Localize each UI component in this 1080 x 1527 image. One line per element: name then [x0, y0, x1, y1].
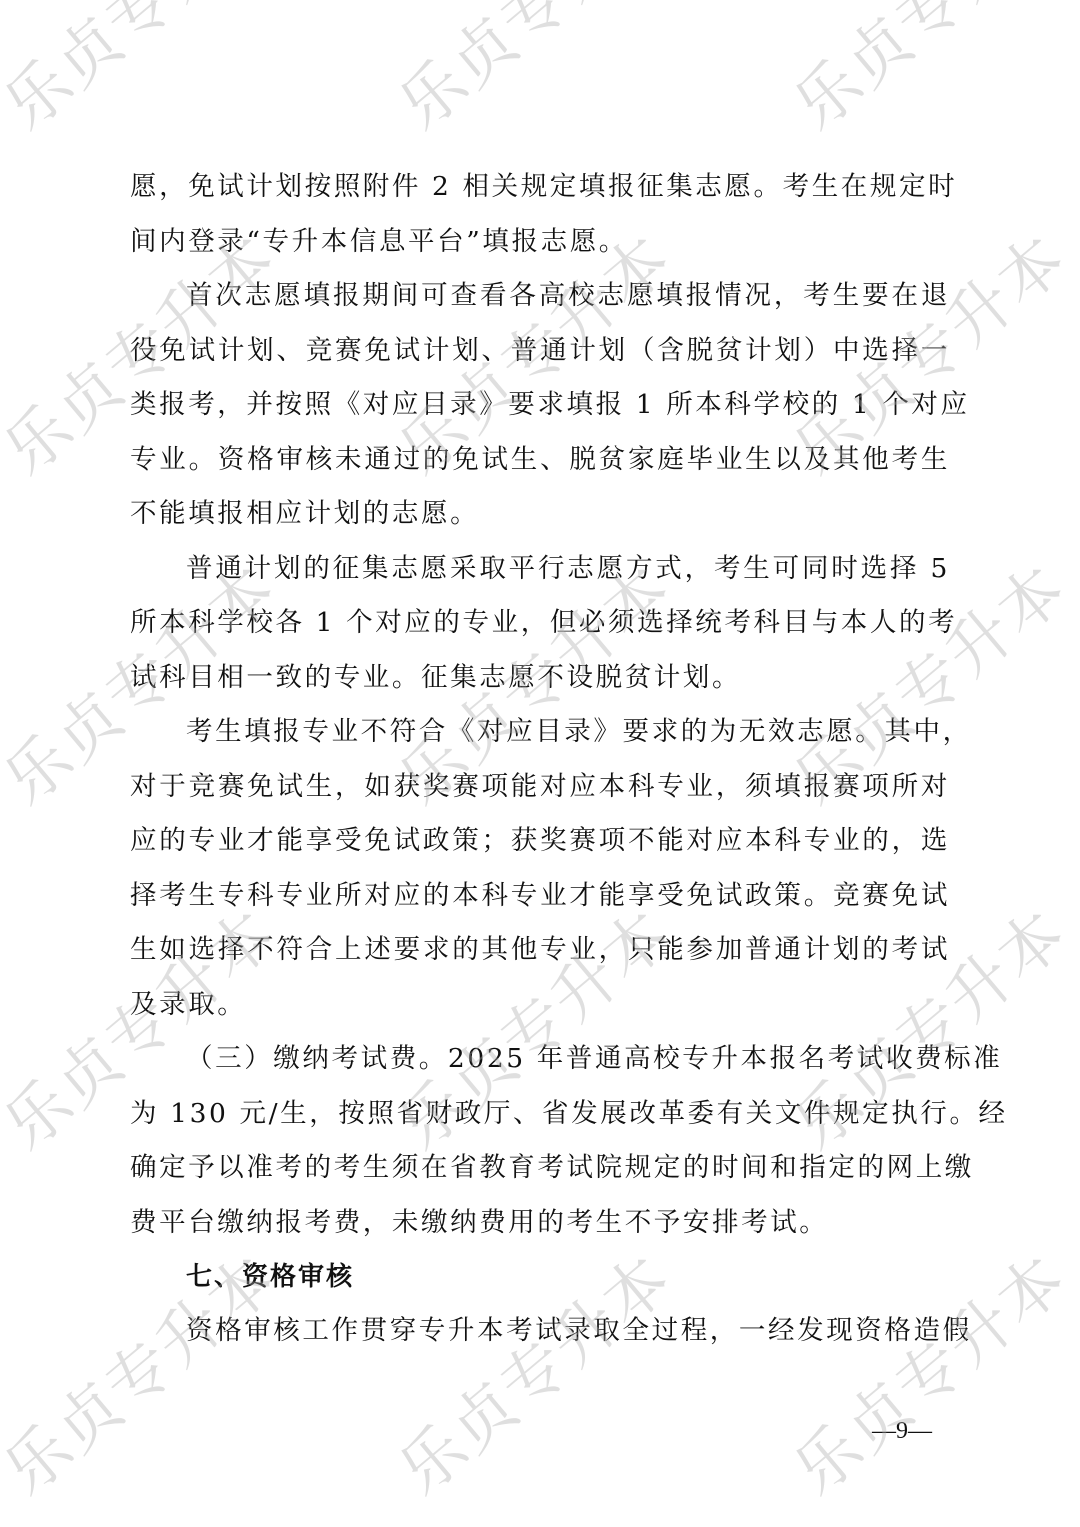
text-line: 择考生专科专业所对应的本科专业才能享受免试政策。竞赛免试: [130, 869, 950, 924]
text-line: （三）缴纳考试费。2025 年普通高校专升本报名考试收费标准: [130, 1032, 950, 1087]
text-line: 为 130 元/生，按照省财政厅、省发展改革委有关文件规定执行。经: [130, 1087, 950, 1142]
watermark: 乐贞专升本: [0, 0, 293, 147]
text-line: 试科目相一致的专业。征集志愿不设脱贫计划。: [130, 651, 950, 706]
text-line: 及录取。: [130, 978, 950, 1033]
watermark: 乐贞专升本: [376, 0, 688, 147]
text-line: 对于竞赛免试生，如获奖赛项能对应本科专业，须填报赛项所对: [130, 760, 950, 815]
text-line: 生如选择不符合上述要求的其他专业，只能参加普通计划的考试: [130, 923, 950, 978]
paragraph: 首次志愿填报期间可查看各高校志愿填报情况，考生要在退 役免试计划、竞赛免试计划、…: [130, 269, 950, 542]
paragraph: 考生填报专业不符合《对应目录》要求的为无效志愿。其中， 对于竞赛免试生，如获奖赛…: [130, 705, 950, 1032]
text-line: 所本科学校各 1 个对应的专业，但必须选择统考科目与本人的考: [130, 596, 950, 651]
document-body: 愿，免试计划按照附件 2 相关规定填报征集志愿。考生在规定时 间内登录“专升本信…: [130, 160, 950, 1359]
text-line: 费平台缴纳报考费，未缴纳费用的考生不予安排考试。: [130, 1196, 950, 1251]
text-line: 不能填报相应计划的志愿。: [130, 487, 950, 542]
text-line: 役免试计划、竞赛免试计划、普通计划（含脱贫计划）中选择一: [130, 324, 950, 379]
text-line: 专业。资格审核未通过的免试生、脱贫家庭毕业生以及其他考生: [130, 433, 950, 488]
section-heading: 七、资格审核: [130, 1250, 950, 1304]
text-line: 考生填报专业不符合《对应目录》要求的为无效志愿。其中，: [130, 705, 950, 760]
paragraph: 普通计划的征集志愿采取平行志愿方式，考生可同时选择 5 所本科学校各 1 个对应…: [130, 542, 950, 706]
text-line: 普通计划的征集志愿采取平行志愿方式，考生可同时选择 5: [130, 542, 950, 597]
text-line: 资格审核工作贯穿专升本考试录取全过程，一经发现资格造假: [130, 1304, 950, 1359]
text-line: 确定予以准考的考生须在省教育考试院规定的时间和指定的网上缴: [130, 1141, 950, 1196]
paragraph: 资格审核工作贯穿专升本考试录取全过程，一经发现资格造假: [130, 1304, 950, 1359]
paragraph: （三）缴纳考试费。2025 年普通高校专升本报名考试收费标准 为 130 元/生…: [130, 1032, 950, 1250]
text-line: 首次志愿填报期间可查看各高校志愿填报情况，考生要在退: [130, 269, 950, 324]
text-line: 应的专业才能享受免试政策；获奖赛项不能对应本科专业的，选: [130, 814, 950, 869]
watermark: 乐贞专升本: [771, 0, 1080, 147]
text-line: 间内登录“专升本信息平台”填报志愿。: [130, 215, 950, 270]
page-number: —9—: [872, 1418, 932, 1445]
paragraph: 愿，免试计划按照附件 2 相关规定填报征集志愿。考生在规定时 间内登录“专升本信…: [130, 160, 950, 269]
document-page: 愿，免试计划按照附件 2 相关规定填报征集志愿。考生在规定时 间内登录“专升本信…: [0, 0, 1080, 1527]
text-line: 类报考，并按照《对应目录》要求填报 1 所本科学校的 1 个对应: [130, 378, 950, 433]
text-line: 愿，免试计划按照附件 2 相关规定填报征集志愿。考生在规定时: [130, 160, 950, 215]
